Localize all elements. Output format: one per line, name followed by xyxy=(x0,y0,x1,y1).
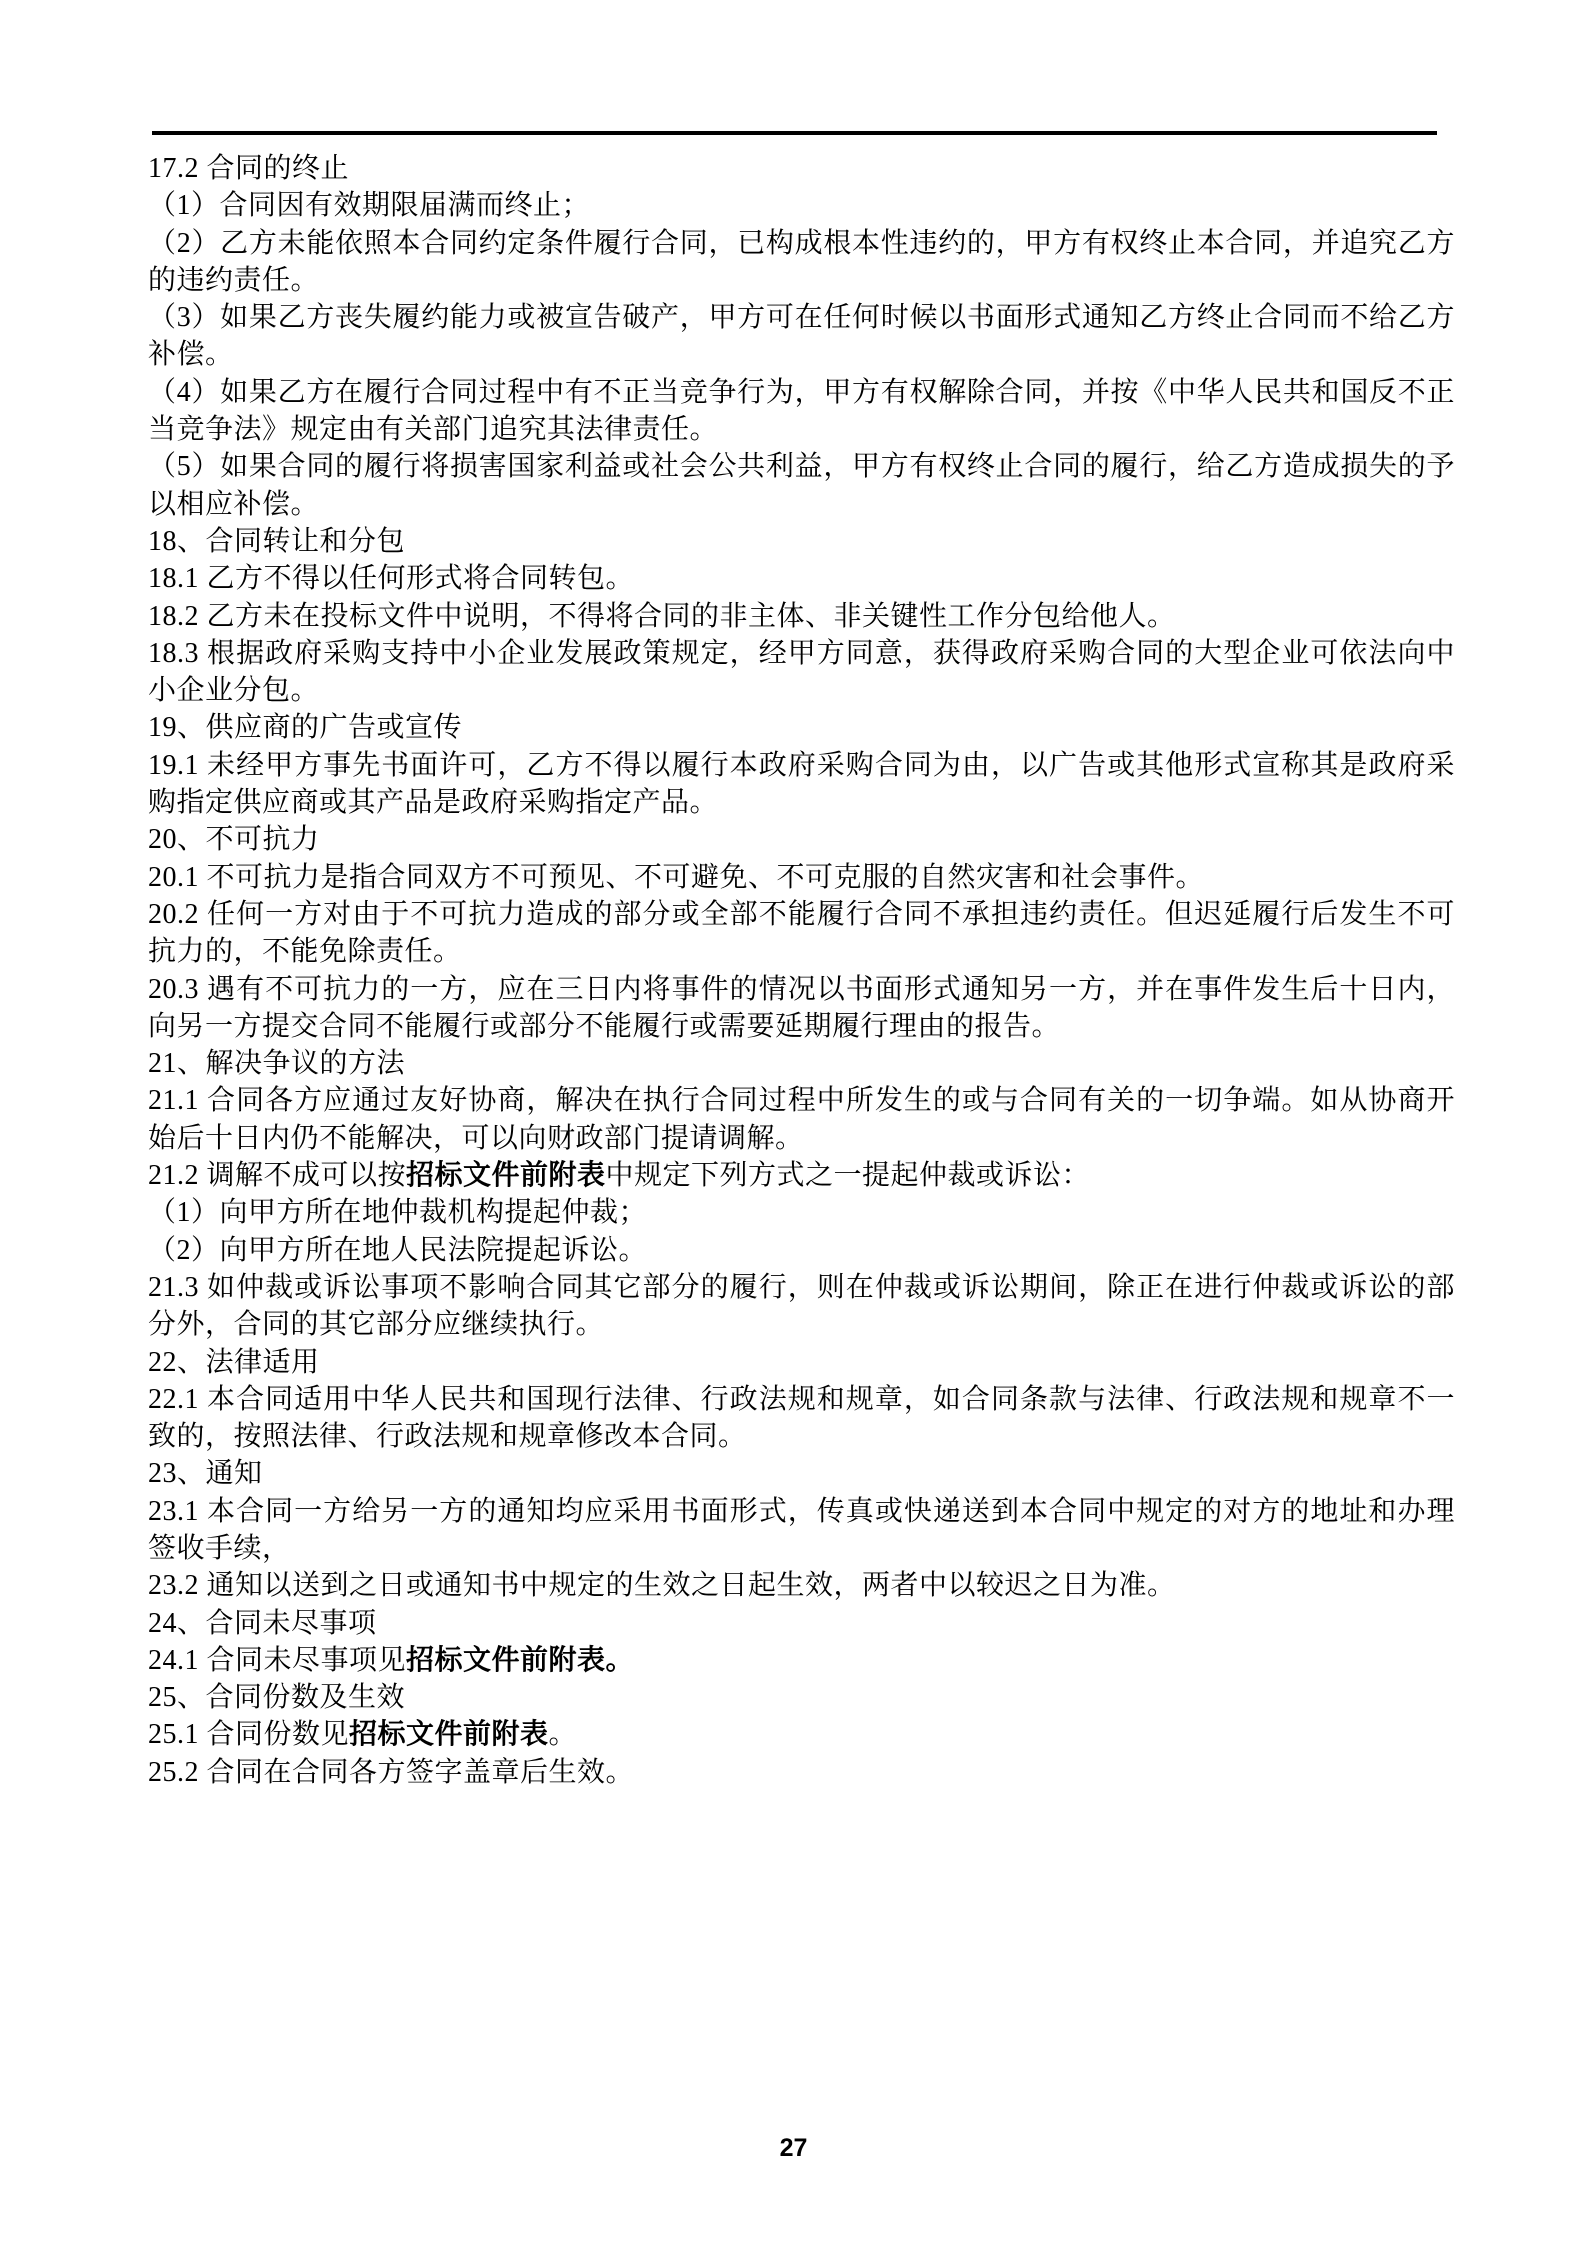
text-run: 22、法律适用 xyxy=(148,1347,320,1378)
paragraph: 24.1 合同未尽事项见招标文件前附表。 xyxy=(148,1642,1455,1679)
text-run: 19.1 未经甲方事先书面许可，乙方不得以履行本政府采购合同为由，以广告或其他形… xyxy=(148,750,1455,818)
text-run: 18.3 根据政府采购支持中小企业发展政策规定，经甲方同意，获得政府采购合同的大… xyxy=(148,638,1455,706)
text-run: （1）向甲方所在地仲裁机构提起仲裁； xyxy=(148,1197,647,1228)
paragraph: 24、合同未尽事项 xyxy=(148,1605,1455,1642)
emphasized-text: 招标文件前附表 xyxy=(349,1719,549,1750)
document-page: 17.2 合同的终止（1）合同因有效期限届满而终止；（2）乙方未能依照本合同约定… xyxy=(0,0,1587,2245)
paragraph: 21.3 如仲裁或诉讼事项不影响合同其它部分的履行，则在仲裁或诉讼期间，除正在进… xyxy=(148,1269,1455,1344)
paragraph: 20、不可抗力 xyxy=(148,821,1455,858)
text-run: 24.1 合同未尽事项见 xyxy=(148,1645,406,1676)
paragraph: 21.2 调解不成可以按招标文件前附表中规定下列方式之一提起仲裁或诉讼： xyxy=(148,1157,1455,1194)
paragraph: （3）如果乙方丧失履约能力或被宣告破产，甲方可在任何时候以书面形式通知乙方终止合… xyxy=(148,299,1455,374)
paragraph: 22、法律适用 xyxy=(148,1344,1455,1381)
text-run: 21.2 调解不成可以按 xyxy=(148,1160,406,1191)
paragraph: 19、供应商的广告或宣传 xyxy=(148,709,1455,746)
page-footer: 27 xyxy=(0,2134,1587,2163)
paragraph: 25.1 合同份数见招标文件前附表。 xyxy=(148,1716,1455,1753)
text-run: 24、合同未尽事项 xyxy=(148,1608,377,1639)
paragraph: 18.3 根据政府采购支持中小企业发展政策规定，经甲方同意，获得政府采购合同的大… xyxy=(148,635,1455,710)
text-run: （1）合同因有效期限届满而终止； xyxy=(148,190,590,221)
document-body: 17.2 合同的终止（1）合同因有效期限届满而终止；（2）乙方未能依照本合同约定… xyxy=(148,150,1455,1791)
text-run: 20、不可抗力 xyxy=(148,824,320,855)
text-run: 17.2 合同的终止 xyxy=(148,153,349,184)
text-run: 25、合同份数及生效 xyxy=(148,1682,405,1713)
text-run: 20.3 遇有不可抗力的一方，应在三日内将事件的情况以书面形式通知另一方，并在事… xyxy=(148,974,1455,1042)
paragraph: 18.1 乙方不得以任何形式将合同转包。 xyxy=(148,560,1455,597)
text-run: 19、供应商的广告或宣传 xyxy=(148,712,462,743)
paragraph: （2）向甲方所在地人民法院提起诉讼。 xyxy=(148,1232,1455,1269)
paragraph: 20.3 遇有不可抗力的一方，应在三日内将事件的情况以书面形式通知另一方，并在事… xyxy=(148,971,1455,1046)
paragraph: 20.1 不可抗力是指合同双方不可预见、不可避免、不可克服的自然灾害和社会事件。 xyxy=(148,859,1455,896)
paragraph: 21.1 合同各方应通过友好协商，解决在执行合同过程中所发生的或与合同有关的一切… xyxy=(148,1082,1455,1157)
text-run: 23.2 通知以送到之日或通知书中规定的生效之日起生效，两者中以较迟之日为准。 xyxy=(148,1570,1176,1601)
paragraph: 23.2 通知以送到之日或通知书中规定的生效之日起生效，两者中以较迟之日为准。 xyxy=(148,1567,1455,1604)
emphasized-text: 招标文件前附表。 xyxy=(406,1645,634,1676)
text-run: 20.1 不可抗力是指合同双方不可预见、不可避免、不可克服的自然灾害和社会事件。 xyxy=(148,862,1204,893)
paragraph: （5）如果合同的履行将损害国家利益或社会公共利益，甲方有权终止合同的履行，给乙方… xyxy=(148,448,1455,523)
paragraph: 25、合同份数及生效 xyxy=(148,1679,1455,1716)
text-run: 22.1 本合同适用中华人民共和国现行法律、行政法规和规章，如合同条款与法律、行… xyxy=(148,1384,1455,1452)
paragraph: 19.1 未经甲方事先书面许可，乙方不得以履行本政府采购合同为由，以广告或其他形… xyxy=(148,747,1455,822)
text-run: 21.3 如仲裁或诉讼事项不影响合同其它部分的履行，则在仲裁或诉讼期间，除正在进… xyxy=(148,1272,1455,1340)
text-run: 23.1 本合同一方给另一方的通知均应采用书面形式，传真或快递送到本合同中规定的… xyxy=(148,1496,1455,1564)
paragraph: 23.1 本合同一方给另一方的通知均应采用书面形式，传真或快递送到本合同中规定的… xyxy=(148,1493,1455,1568)
text-run: （2）乙方未能依照本合同约定条件履行合同，已构成根本性违约的，甲方有权终止本合同… xyxy=(148,228,1455,296)
paragraph: （1）向甲方所在地仲裁机构提起仲裁； xyxy=(148,1194,1455,1231)
text-run: 23、通知 xyxy=(148,1458,263,1489)
text-run: 21.1 合同各方应通过友好协商，解决在执行合同过程中所发生的或与合同有关的一切… xyxy=(148,1085,1455,1153)
paragraph: 23、通知 xyxy=(148,1455,1455,1492)
paragraph: 21、解决争议的方法 xyxy=(148,1045,1455,1082)
text-run: 25.1 合同份数见 xyxy=(148,1719,349,1750)
text-run: 21、解决争议的方法 xyxy=(148,1048,405,1079)
text-run: 18.1 乙方不得以任何形式将合同转包。 xyxy=(148,563,634,594)
text-run: 25.2 合同在合同各方签字盖章后生效。 xyxy=(148,1757,634,1788)
text-run: 18.2 乙方未在投标文件中说明，不得将合同的非主体、非关键性工作分包给他人。 xyxy=(148,601,1176,632)
emphasized-text: 招标文件前附表 xyxy=(406,1160,606,1191)
header-rule xyxy=(152,131,1437,135)
text-run: 20.2 任何一方对由于不可抗力造成的部分或全部不能履行合同不承担违约责任。但迟… xyxy=(148,899,1455,967)
text-run: 中规定下列方式之一提起仲裁或诉讼： xyxy=(606,1160,1091,1191)
text-run: （3）如果乙方丧失履约能力或被宣告破产，甲方可在任何时候以书面形式通知乙方终止合… xyxy=(148,302,1455,370)
text-run: （2）向甲方所在地人民法院提起诉讼。 xyxy=(148,1235,647,1266)
paragraph: （4）如果乙方在履行合同过程中有不正当竞争行为，甲方有权解除合同，并按《中华人民… xyxy=(148,374,1455,449)
paragraph: 25.2 合同在合同各方签字盖章后生效。 xyxy=(148,1754,1455,1791)
page-number: 27 xyxy=(780,2134,808,2162)
paragraph: （1）合同因有效期限届满而终止； xyxy=(148,187,1455,224)
paragraph: 20.2 任何一方对由于不可抗力造成的部分或全部不能履行合同不承担违约责任。但迟… xyxy=(148,896,1455,971)
paragraph: 18.2 乙方未在投标文件中说明，不得将合同的非主体、非关键性工作分包给他人。 xyxy=(148,598,1455,635)
text-run: （4）如果乙方在履行合同过程中有不正当竞争行为，甲方有权解除合同，并按《中华人民… xyxy=(148,377,1455,445)
text-run: 18、合同转让和分包 xyxy=(148,526,405,557)
paragraph: 18、合同转让和分包 xyxy=(148,523,1455,560)
text-run: （5）如果合同的履行将损害国家利益或社会公共利益，甲方有权终止合同的履行，给乙方… xyxy=(148,451,1455,519)
paragraph: （2）乙方未能依照本合同约定条件履行合同，已构成根本性违约的，甲方有权终止本合同… xyxy=(148,225,1455,300)
paragraph: 22.1 本合同适用中华人民共和国现行法律、行政法规和规章，如合同条款与法律、行… xyxy=(148,1381,1455,1456)
paragraph: 17.2 合同的终止 xyxy=(148,150,1455,187)
text-run: 。 xyxy=(549,1719,578,1750)
